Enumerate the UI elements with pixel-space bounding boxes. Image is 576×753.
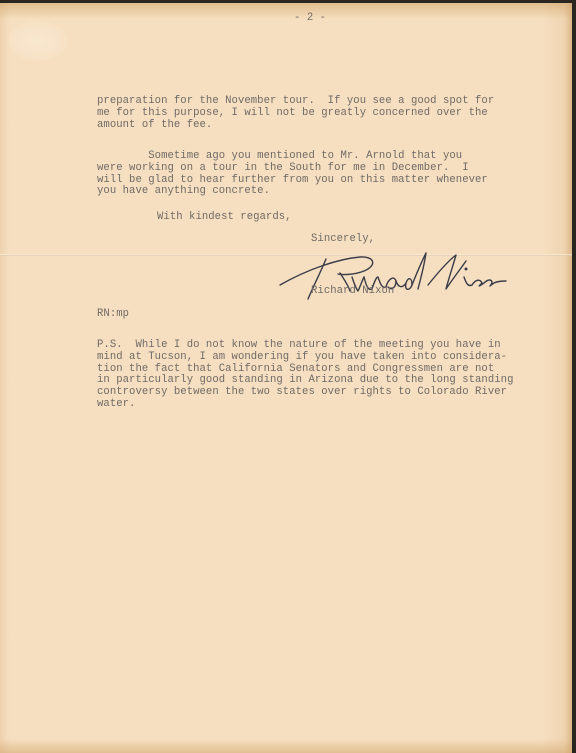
reference-initials: RN:mp (97, 309, 129, 321)
handwritten-signature (278, 247, 508, 307)
postscript: P.S. While I do not know the nature of t… (97, 340, 513, 411)
closing-line: With kindest regards, (157, 212, 292, 224)
body-paragraph-2: Sometime ago you mentioned to Mr. Arnold… (97, 151, 488, 198)
letter-page: - 2 - preparation for the November tour.… (0, 3, 572, 753)
valediction: Sincerely, (311, 234, 375, 246)
page-number: - 2 - (294, 13, 326, 25)
typed-signatory-name: Richard Nixon (311, 286, 394, 298)
body-paragraph-1: preparation for the November tour. If yo… (97, 96, 494, 131)
paper-stain (8, 21, 68, 61)
